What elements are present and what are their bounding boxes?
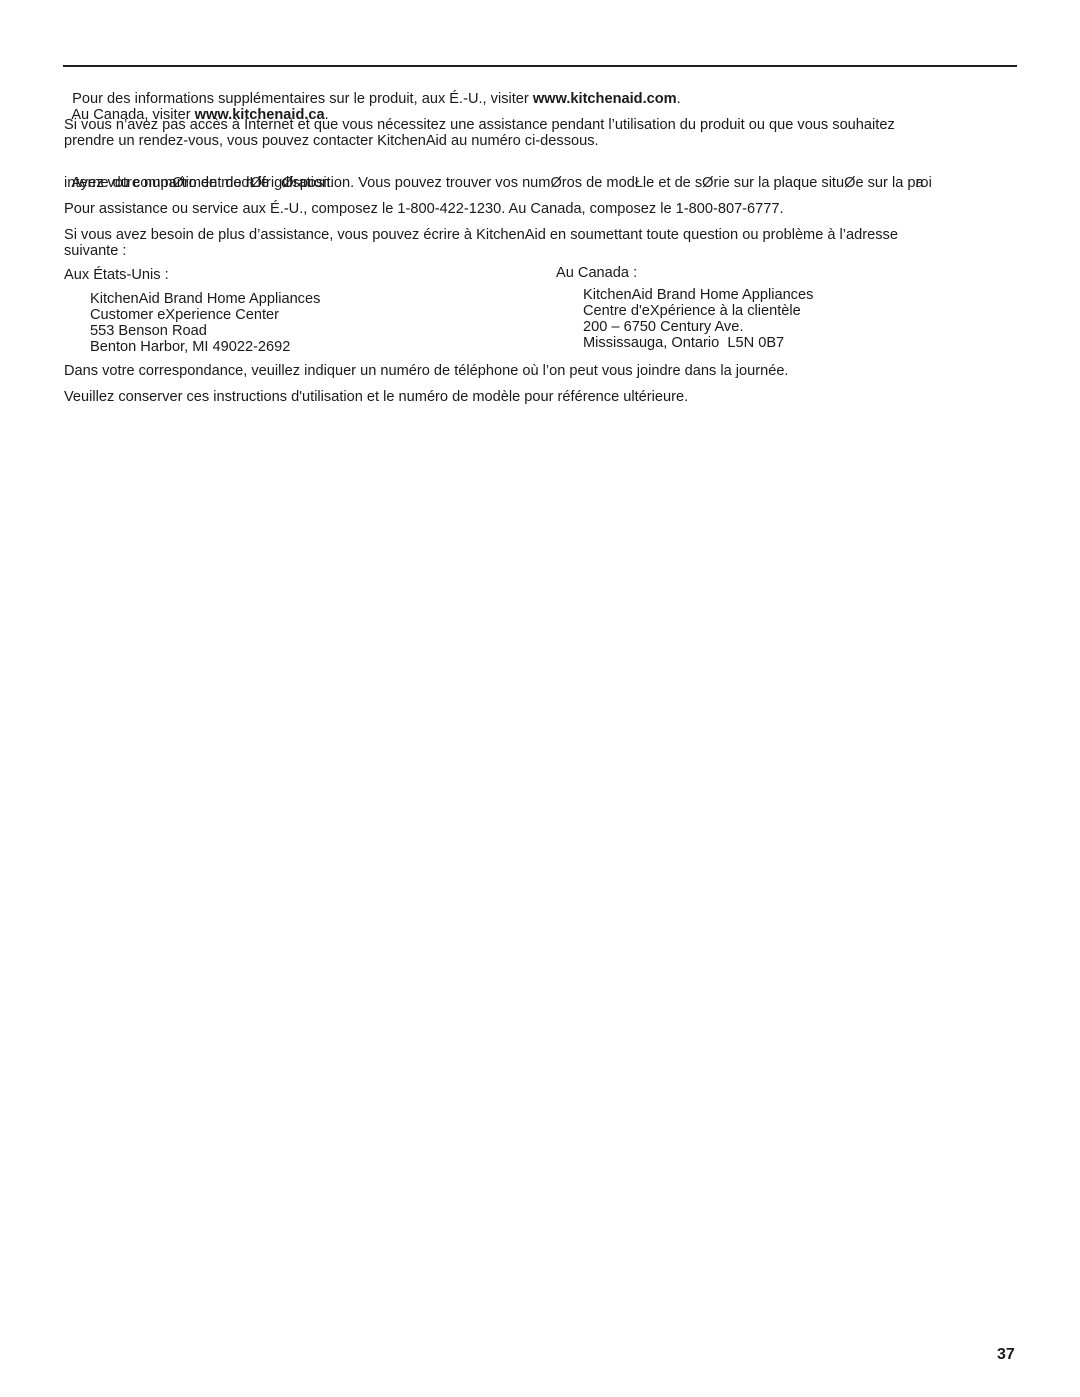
address-us-line: 553 Benson Road — [90, 323, 207, 339]
paragraph-correspondence: Dans votre correspondance, veuillez indi… — [64, 363, 789, 379]
paragraph-phone-numbers: Pour assistance ou service aux É.-U., co… — [64, 201, 784, 217]
address-us-line: Customer eXperience Center — [90, 307, 279, 323]
address-canada-line: Centre d'eXpérience à la clientèle — [583, 303, 801, 319]
overlapping-glyphs: aro — [915, 175, 923, 191]
glyph-tail: i — [929, 175, 932, 191]
paragraph-write-line1: Si vous avez besoin de plus d’assistance… — [64, 227, 898, 243]
paragraph-no-internet-line2: prendre un rendez-vous, vous pouvez cont… — [64, 133, 599, 149]
period: . — [677, 91, 681, 107]
address-us-line: KitchenAid Brand Home Appliances — [90, 291, 320, 307]
address-canada-label: Au Canada : — [556, 265, 637, 281]
top-rule — [63, 65, 1017, 67]
paragraph-model-number-line2: interne du compartiment de rØfrigØration… — [64, 175, 334, 191]
paragraph-no-internet-line1: Si vous n’avez pas accès à Internet et q… — [64, 117, 895, 133]
address-canada-line: KitchenAid Brand Home Appliances — [583, 287, 813, 303]
website-us-link[interactable]: www.kitchenaid.com — [533, 91, 677, 107]
paragraph-write-line2: suivante : — [64, 243, 126, 259]
address-us-label: Aux États-Unis : — [64, 267, 169, 283]
paragraph-keep-instructions: Veuillez conserver ces instructions d'ut… — [64, 389, 688, 405]
glyph-ro: ro — [915, 175, 928, 191]
address-us-line: Benton Harbor, MI 49022-2692 — [90, 339, 290, 355]
page-number: 37 — [997, 1347, 1015, 1363]
address-canada-line: 200 – 6750 Century Ave. — [583, 319, 743, 335]
address-canada-line: Mississauga, Ontario L5N 0B7 — [583, 335, 784, 351]
